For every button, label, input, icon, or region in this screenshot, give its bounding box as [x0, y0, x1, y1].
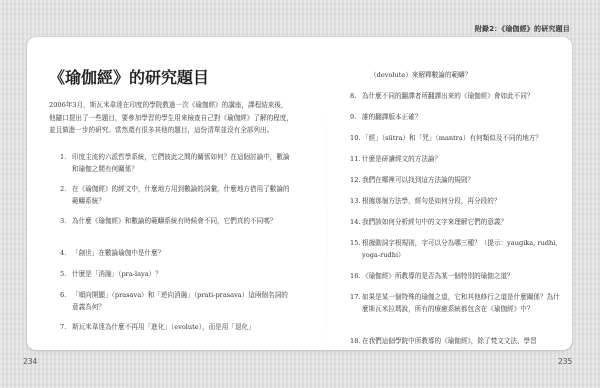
item-number: 6.	[60, 289, 72, 313]
item-number: 14.	[350, 216, 362, 228]
list-item: 16. 《瑜伽經》所教導的是否為某一個特別的瑜伽之道？	[350, 270, 565, 282]
list-item: 12. 我們在哪裡可以找到這方法論的規則？	[350, 174, 565, 186]
item-number: 16.	[350, 270, 362, 282]
list-item: 3. 為什麼《瑜伽經》和數論的範疇系統有時候會不同，它們真的不同嗎？	[60, 215, 292, 227]
item-number: 8.	[350, 90, 362, 102]
item-number: 3.	[60, 215, 72, 227]
page-number-left: 234	[23, 357, 37, 366]
page-title: 《瑜伽經》的研究題目	[49, 65, 209, 88]
book-spread-panel: 《瑜伽經》的研究題目 2006年3月，斯瓦米韋達在印度的學院教過一次《瑜伽經》的…	[27, 37, 572, 350]
item-number: 13.	[350, 195, 362, 207]
list-item: 4. 「創世」在數論瑜伽中是什麼？	[60, 247, 292, 259]
item-text: 根據那個方法學，經句是如何分段，再分段的？	[362, 195, 565, 207]
list-item: 2. 在《瑜伽經》的經文中，什麼地方用到數論的詞彙，什麼地方借用了數論的範疇系統…	[60, 183, 292, 207]
item-text: 根據動詞字根規則，字可以分為哪三種？（提示：yaugika, rudhi, yo…	[362, 237, 565, 261]
item-text: 斯瓦米韋達為什麼不再用「進化」（evolute），而是用「退化」	[72, 321, 292, 333]
item-text: 在《瑜伽經》的經文中，什麼地方用到數論的詞彙，什麼地方借用了數論的範疇系統？	[72, 183, 292, 207]
item-number: 2.	[60, 183, 72, 207]
item-text: 誰的翻譯版本正確？	[362, 111, 565, 123]
item-number: 11.	[350, 153, 362, 165]
item-number: 10.	[350, 132, 362, 144]
item-number: 18.	[350, 335, 362, 347]
list-item: 7. 斯瓦米韋達為什麼不再用「進化」（evolute），而是用「退化」	[60, 321, 292, 333]
item-number: 7.	[60, 321, 72, 333]
list-item: 8. 為什麼不同的翻譯者所翻譯出來的《瑜伽經》會如此不同？	[350, 90, 565, 102]
list-item: 17. 如果是某一個特殊的瑜伽之道，它和其他修行之道是什麼關係？為什麼斯瓦米拉瑪…	[350, 291, 565, 315]
item-text: 印度主流的六派哲學系統，它們彼此之間的關係如何？在這個討論中，數論和瑜伽之間有何…	[72, 151, 292, 175]
item-number: 5.	[60, 268, 72, 280]
item-number: 9.	[350, 111, 362, 123]
item-text: 為什麼《瑜伽經》和數論的範疇系統有時候會不同，它們真的不同嗎？	[72, 215, 292, 227]
intro-paragraph: 2006年3月，斯瓦米韋達在印度的學院教過一次《瑜伽經》的講座，課程結束後，他隨…	[49, 99, 294, 137]
item-text: 「創世」在數論瑜伽中是什麼？	[72, 247, 292, 259]
continued-text: （devolute）來解釋數論的範疇？	[370, 69, 471, 81]
list-item: 13. 根據那個方法學，經句是如何分段，再分段的？	[350, 195, 565, 207]
item-text: 我們在哪裡可以找到這方法論的規則？	[362, 174, 565, 186]
item-text: 在我們這個學院中所教導的《瑜伽經》，除了梵文文法、學習	[362, 335, 565, 347]
page-number-right: 235	[558, 357, 572, 366]
list-item: 10. 「經」（sūtra）和「咒」（mantra）有何類似及不同的地方？	[350, 132, 565, 144]
item-text: 如果是某一個特殊的瑜伽之道，它和其他修行之道是什麼關係？為什麼斯瓦米拉瑪說，所有…	[362, 291, 565, 315]
item-number: 17.	[350, 291, 362, 315]
item-text: 為什麼不同的翻譯者所翻譯出來的《瑜伽經》會如此不同？	[362, 90, 565, 102]
item-text: 「順向開顯」（prasava）和「逆向消融」（prati-prasava）這兩個…	[72, 289, 292, 313]
item-text: 「經」（sūtra）和「咒」（mantra）有何類似及不同的地方？	[362, 132, 565, 144]
list-item: 14. 我們該如何分析經句中的文字來理解它們的意義？	[350, 216, 565, 228]
list-item: 15. 根據動詞字根規則，字可以分為哪三種？（提示：yaugika, rudhi…	[350, 237, 565, 261]
list-item: 18. 在我們這個學院中所教導的《瑜伽經》，除了梵文文法、學習	[350, 335, 565, 347]
running-header: 附錄2：《瑜伽經》的研究題目	[475, 24, 570, 34]
list-item: 1. 印度主流的六派哲學系統，它們彼此之間的關係如何？在這個討論中，數論和瑜伽之…	[60, 151, 292, 175]
item-number: 4.	[60, 247, 72, 259]
list-item: 9. 誰的翻譯版本正確？	[350, 111, 565, 123]
item-text: 什麼是研讀經文的方法論？	[362, 153, 565, 165]
list-item: 6. 「順向開顯」（prasava）和「逆向消融」（prati-prasava）…	[60, 289, 292, 313]
item-text: 《瑜伽經》所教導的是否為某一個特別的瑜伽之道？	[362, 270, 565, 282]
item-text: 我們該如何分析經句中的文字來理解它們的意義？	[362, 216, 565, 228]
item-number: 1.	[60, 151, 72, 175]
item-number: 15.	[350, 237, 362, 261]
list-item: 11. 什麼是研讀經文的方法論？	[350, 153, 565, 165]
book-spine	[326, 74, 327, 387]
item-number: 12.	[350, 174, 362, 186]
item-text: 什麼是「消融」（pra-laya）？	[72, 268, 292, 280]
list-item: 5. 什麼是「消融」（pra-laya）？	[60, 268, 292, 280]
